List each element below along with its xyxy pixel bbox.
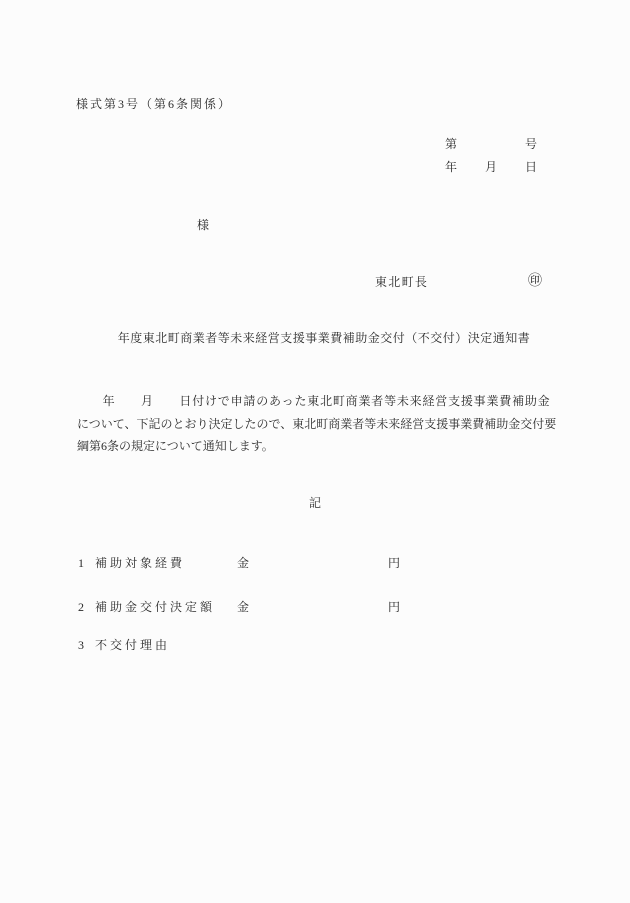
item-number: 3 [78,638,84,652]
sender-line: 東北町長 ㊞ [375,275,542,289]
date-year-label: 年 [445,160,457,174]
body-line-3: 綱第6条の規定について通知します。 [77,435,557,458]
record-marker: 記 [0,496,630,510]
number-suffix: 号 [525,137,537,151]
item-number: 2 [78,600,84,614]
yen-unit-label: 円 [388,556,400,570]
seal-mark: ㊞ [528,275,542,289]
item-row-grant-decision-amount: 2 補助金交付決定額 金 円 [0,600,630,616]
sender-title: 東北町長 [375,275,428,289]
currency-prefix-label: 金 [237,600,249,614]
document-title: 年度東北町商業者等未来経営支援事業費補助金交付（不交付）決定通知書 [0,331,630,345]
addressee-honorific: 様 [197,218,209,232]
form-number-label: 様式第3号（第6条関係） [76,97,232,111]
item-row-non-grant-reason: 3 不交付理由 [0,638,630,654]
item-row-subsidy-target-expense: 1 補助対象経費 金 円 [0,556,630,572]
date-month-label: 月 [485,160,497,174]
number-prefix: 第 [445,137,457,151]
item-label: 補助金交付決定額 [95,600,215,614]
item-label: 不交付理由 [95,638,170,652]
yen-unit-label: 円 [388,600,400,614]
body-paragraph: 年 月 日付けで申請のあった東北町商業者等未来経営支援事業費補助金 について、下… [77,390,557,458]
body-line-2: について、下記のとおり決定したので、東北町商業者等未来経営支援事業費補助金交付要 [77,413,557,436]
date-day-label: 日 [525,160,537,174]
document-number-line: 第 号 [445,137,537,151]
currency-prefix-label: 金 [237,556,249,570]
date-line: 年 月 日 [445,160,537,174]
item-label: 補助対象経費 [95,556,185,570]
notification-document-page: 様式第3号（第6条関係） 第 号 年 月 日 様 東北町長 ㊞ 年度東北町商業者… [0,0,630,903]
body-line-1: 年 月 日付けで申請のあった東北町商業者等未来経営支援事業費補助金 [77,390,557,413]
item-number: 1 [78,556,84,570]
